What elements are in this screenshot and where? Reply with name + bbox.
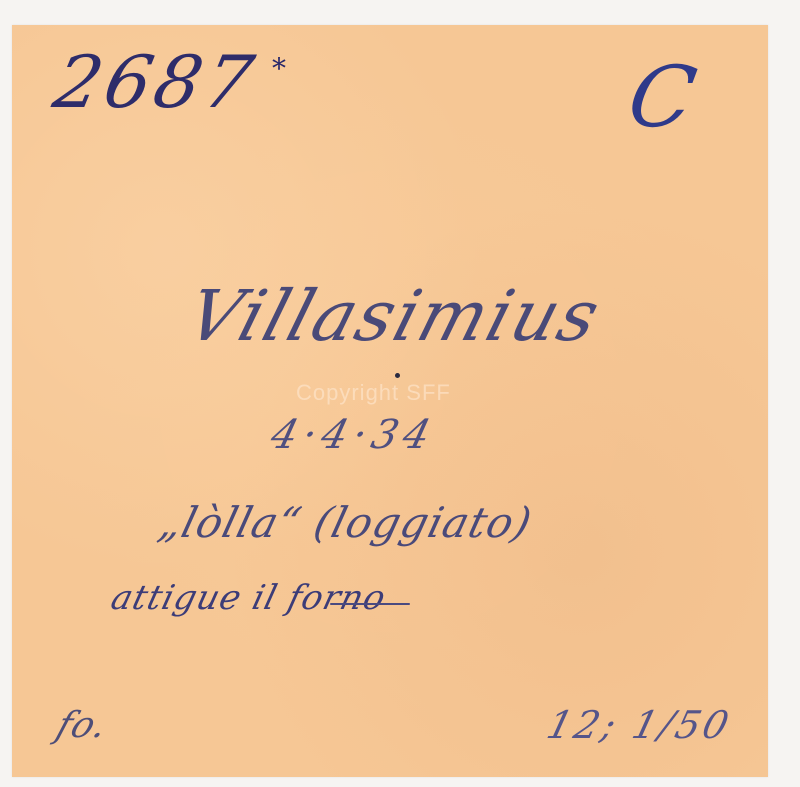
reference-number: 12; 1/50 — [543, 703, 737, 747]
star-mark-icon: * — [272, 52, 287, 85]
scan-page: 2687 * C Villasimius Copyright SFF 4·4·3… — [0, 0, 800, 787]
local-name: „lòlla“ (loggiato) — [154, 498, 537, 547]
note: attigue il forno — [107, 578, 390, 618]
place-name: Villasimius — [178, 275, 610, 357]
date: 4·4·34 — [266, 412, 441, 458]
ink-dot — [395, 373, 400, 378]
catalog-number: 2687 — [47, 40, 264, 124]
note-underline — [330, 603, 410, 605]
copyright-watermark: Copyright SFF — [296, 380, 451, 406]
